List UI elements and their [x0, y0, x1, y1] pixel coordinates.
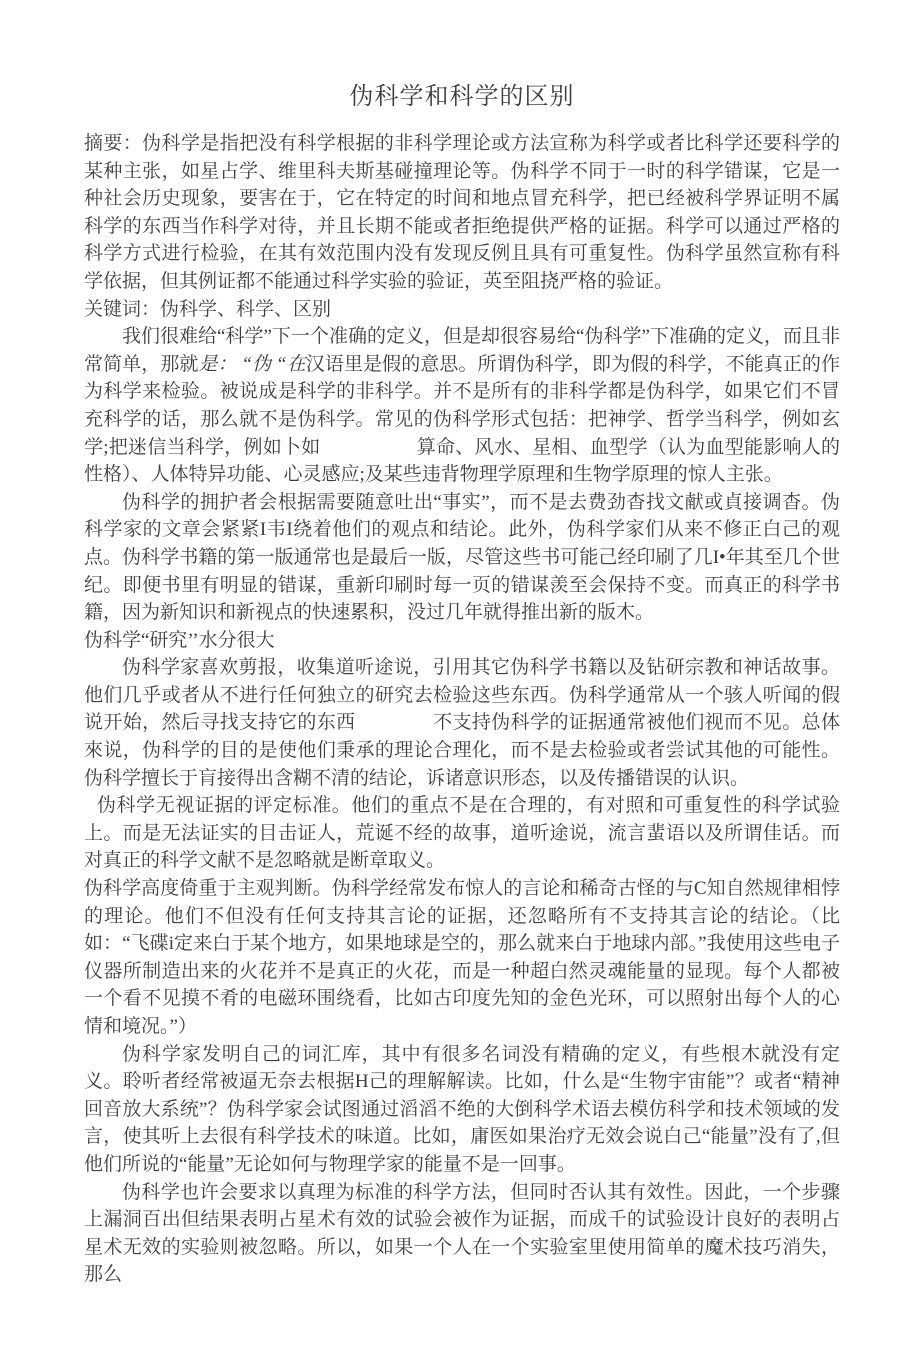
text-segment: 伪科学高度倚重于主观判断。伪科学经常发布惊人的言论和稀奇古怪的与C知自然规律相悖… [84, 878, 840, 1037]
paragraph: 我们很难给“科学”下一个准确的定义，但是却很容易给“伪科学”下准确的定义，而且非… [84, 323, 840, 489]
text-segment: 伪科学家喜欢剪报，收集道听途说，引用其它伪科学书籍以及钻研宗教和神话故事。他们几… [84, 657, 840, 788]
paragraph: 伪科学无视证据的评定标准。他们的重点不是在合理的，有对照和可重复性的科学试验上。… [84, 792, 840, 875]
paragraph: 摘要：伪科学是指把没有科学根据的非科学理论或方法宣称为科学或者比科学还要科学的某… [84, 130, 840, 296]
paragraph: 伪科学家喜欢剪报，收集道听途说，引用其它伪科学书籍以及钻研宗教和神话故事。他们几… [84, 654, 840, 792]
text-segment: 伪科学“研究’’水分很大 [84, 630, 275, 651]
text-segment: 伪科学无视证据的评定标准。他们的重点不是在合理的，有对照和可重复性的科学试验上。… [84, 795, 840, 871]
document-title: 伪科学和科学的区别 [84, 84, 840, 110]
paragraph: 伪科学“研究’’水分很大 [84, 627, 840, 655]
text-segment: 关键词：伪科学、科学、区别 [84, 299, 331, 320]
paragraph: 伪科学高度倚重于主观判断。伪科学经常发布惊人的言论和稀奇古怪的与C知自然规律相悖… [84, 875, 840, 1041]
document-page: 伪科学和科学的区别 摘要：伪科学是指把没有科学根据的非科学理论或方法宣称为科学或… [0, 0, 920, 1347]
paragraph: 伪科学的拥护者会根据需要随意吐出“事实”，而不是去费劲杳找文献或貞接调杳。伪科学… [84, 489, 840, 627]
document-body: 摘要：伪科学是指把没有科学根据的非科学理论或方法宣称为科学或者比科学还要科学的某… [84, 130, 840, 1289]
text-segment: 伪科学家发明自己的词汇库，其中有很多名词没有精确的定义，有些根木就没有定义。聆听… [84, 1044, 840, 1175]
paragraph: 伪科学也许会要求以真理为标准的科学方法，但同时否认其有效性。因此，一个步骤上漏洞… [84, 1179, 840, 1289]
italic-text-segment: 是： “伪 “在 [199, 354, 306, 375]
text-segment: 摘要：伪科学是指把没有科学根据的非科学理论或方法宣称为科学或者比科学还要科学的某… [84, 133, 840, 292]
text-segment: 伪科学也许会要求以真理为标准的科学方法，但同时否认其有效性。因此，一个步骤上漏洞… [84, 1182, 840, 1286]
text-segment: 伪科学的拥护者会根据需要随意吐出“事实”，而不是去费劲杳找文献或貞接调杳。伪科学… [84, 492, 840, 623]
paragraph: 伪科学家发明自己的词汇库，其中有很多名词没有精确的定义，有些根木就没有定义。聆听… [84, 1041, 840, 1179]
paragraph: 关键词：伪科学、科学、区别 [84, 296, 840, 324]
